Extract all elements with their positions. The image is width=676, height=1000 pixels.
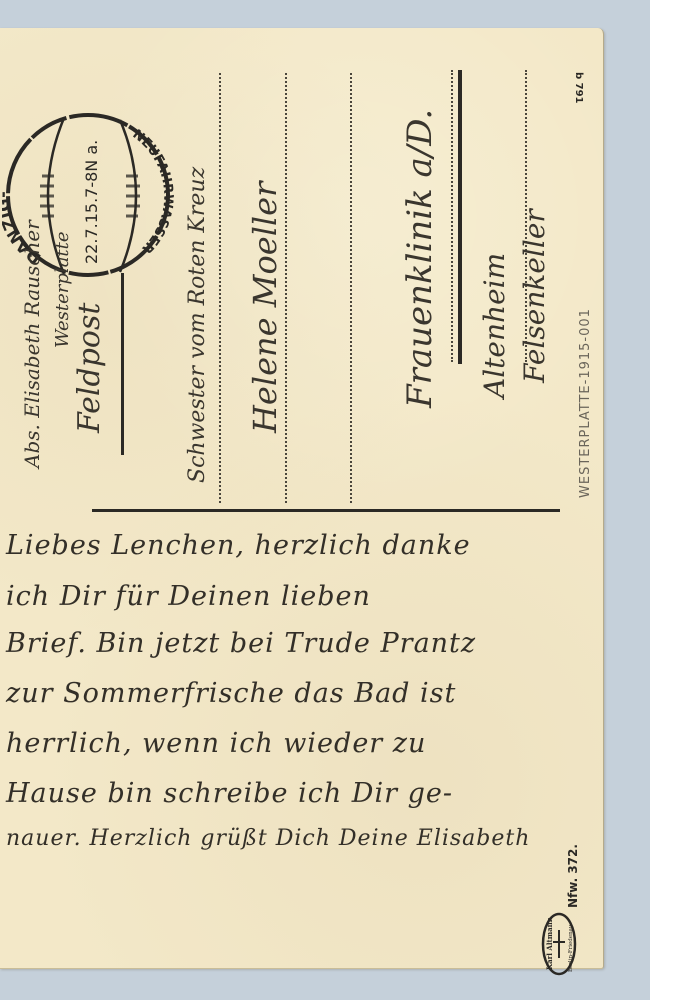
message-line: herrlich, wenn ich wieder zu xyxy=(6,728,426,759)
postmark-date: 22.7.15.7-8N a. xyxy=(82,140,101,264)
archive-note: WESTERPLATTE-1915-001 xyxy=(578,308,593,498)
sender-line-1: Abs. Elisabeth Rauscher xyxy=(20,220,44,468)
message-line: Hause bin schreibe ich Dir ge- xyxy=(6,778,453,809)
address-line-4: Frauenklinik a/D. xyxy=(400,109,440,408)
divider-vertical xyxy=(121,273,124,455)
address-line-6: Felsenkeller xyxy=(518,209,551,383)
publisher-code: Nfw. 372. xyxy=(566,844,580,908)
message-line: Liebes Lenchen, herzlich danke xyxy=(6,530,471,561)
address-line-2-guide xyxy=(285,73,287,503)
postcard: b 791 DANZIG- NEUFAHRWASSER 22.7.15.7-8N… xyxy=(0,28,604,969)
message-line: Brief. Bin jetzt bei Trude Prantz xyxy=(6,628,476,659)
address-line-5: Altenheim xyxy=(478,253,511,398)
message-line: zur Sommerfrische das Bad ist xyxy=(6,678,456,709)
address-line-3-guide xyxy=(350,73,352,503)
sender-line-3: Feldpost xyxy=(72,303,107,433)
message-line: ich Dir für Deinen lieben xyxy=(6,581,371,612)
divider-horizontal xyxy=(92,509,560,512)
message-line: nauer. Herzlich grüßt Dich Deine Elisabe… xyxy=(6,826,530,851)
publisher-city: Berlin-Friedenau xyxy=(568,924,574,972)
publisher-name: Karl Altmann xyxy=(545,917,554,970)
address-underline-bold xyxy=(458,70,462,364)
card-code: b 791 xyxy=(573,72,584,104)
address-line-1: Schwester vom Roten Kreuz xyxy=(185,167,210,483)
address-line-1-guide xyxy=(219,73,221,503)
publisher-logo-icon: Karl Altmann Berlin-Friedenau xyxy=(541,912,577,976)
sender-line-2: Westerplatte xyxy=(52,231,73,348)
address-line-2: Helene Moeller xyxy=(246,182,284,433)
address-line-4-guide xyxy=(451,70,453,362)
